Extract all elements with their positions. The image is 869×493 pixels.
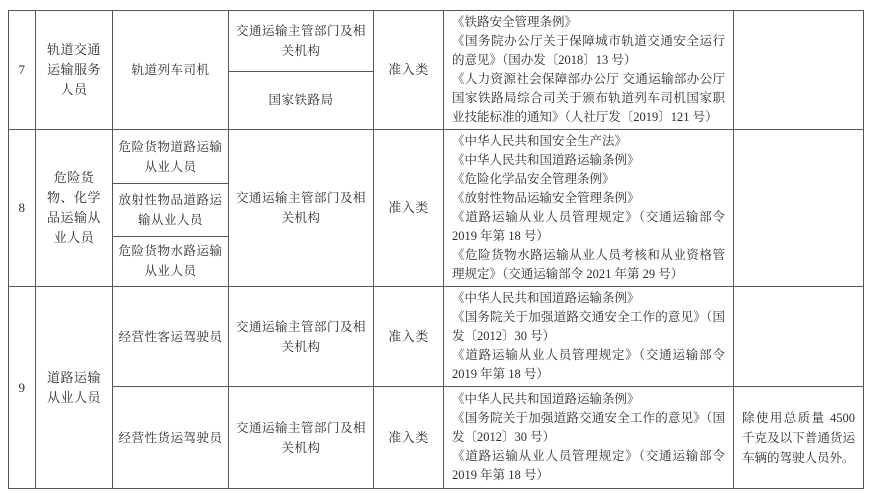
row9-admission-type-freight-cell: 准入类: [374, 387, 444, 489]
legal-basis-entry: 《铁路安全管理条例》: [452, 13, 725, 32]
row8-number-cell: 8: [9, 130, 36, 287]
legal-basis-entry: 《中华人民共和国道路运输条例》: [452, 289, 725, 308]
row9-legal-basis-passenger-cell: 《中华人民共和国道路运输条例》《国务院关于加强道路交通安全工作的意见》（国发〔2…: [444, 287, 734, 387]
row9-authority-passenger-cell: 交通运输主管部门及相关机构: [229, 287, 374, 387]
legal-basis-entry: 《危险货物水路运输从业人员考核和从业资格管理规定》（交通运输部令 2021 年第…: [452, 246, 725, 284]
row8-authority-cell: 交通运输主管部门及相关机构: [229, 130, 374, 287]
row9-occupation-freight-cell: 经营性货运驾驶员: [113, 387, 229, 489]
legal-basis-entry: 《道路运输从业人员管理规定》（交通运输部令 2019 年第 18 号）: [452, 346, 725, 384]
row9-admission-type-passenger-cell: 准入类: [374, 287, 444, 387]
row7-occupation-cell: 轨道列车司机: [113, 11, 229, 130]
row8-note-cell: [734, 130, 864, 287]
legal-basis-entry: 《国务院关于加强道路交通安全工作的意见》（国发〔2012〕30 号）: [452, 308, 725, 346]
row7-number-cell: 7: [9, 11, 36, 130]
row9-number-cell: 9: [9, 287, 36, 489]
legal-basis-entry: 《道路运输从业人员管理规定》（交通运输部令 2019 年第 18 号）: [452, 208, 725, 246]
legal-basis-entry: 《国务院办公厅关于保障城市轨道交通安全运行的意见》（国办发〔2018〕13 号）: [452, 32, 725, 70]
row9-note-freight-cell: 除使用总质量 4500 千克及以下普通货运车辆的驾驶人员外。: [734, 387, 864, 489]
legal-basis-entry: 《人力资源社会保障部办公厅 交通运输部办公厅 国家铁路局综合司关于颁布轨道列车司…: [452, 70, 725, 127]
row9-authority-freight-cell: 交通运输主管部门及相关机构: [229, 387, 374, 489]
row8-admission-type-cell: 准入类: [374, 130, 444, 287]
row7-note-cell: [734, 11, 864, 130]
row7-category-cell: 轨道交通运输服务人员: [36, 11, 113, 130]
qualification-table: 7 轨道交通运输服务人员 轨道列车司机 交通运输主管部门及相关机构 准入类 《铁…: [8, 10, 864, 489]
row8-occupation-waterway-cell: 危险货物水路运输从业人员: [113, 236, 229, 286]
legal-basis-entry: 《中华人民共和国安全生产法》: [452, 132, 725, 151]
legal-basis-entry: 《中华人民共和国道路运输条例》: [452, 390, 725, 409]
legal-basis-entry: 《中华人民共和国道路运输条例》: [452, 151, 725, 170]
row7-admission-type-cell: 准入类: [374, 11, 444, 130]
legal-basis-entry: 《危险化学品安全管理条例》: [452, 170, 725, 189]
row7-authority-primary-cell: 交通运输主管部门及相关机构: [229, 11, 374, 72]
row9-category-cell: 道路运输从业人员: [36, 287, 113, 489]
row8-legal-basis-cell: 《中华人民共和国安全生产法》《中华人民共和国道路运输条例》《危险化学品安全管理条…: [444, 130, 734, 287]
row8-occupation-road-cell: 危险货物道路运输从业人员: [113, 130, 229, 184]
legal-basis-entry: 《国务院关于加强道路交通安全工作的意见》（国发〔2012〕30 号）: [452, 409, 725, 447]
row8-occupation-radioactive-cell: 放射性物品道路运输从业人员: [113, 184, 229, 236]
row9-occupation-passenger-cell: 经营性客运驾驶员: [113, 287, 229, 387]
row7-legal-basis-cell: 《铁路安全管理条例》《国务院办公厅关于保障城市轨道交通安全运行的意见》（国办发〔…: [444, 11, 734, 130]
legal-basis-entry: 《放射性物品运输安全管理条例》: [452, 189, 725, 208]
document-page: 7 轨道交通运输服务人员 轨道列车司机 交通运输主管部门及相关机构 准入类 《铁…: [0, 0, 869, 493]
row8-category-cell: 危险货物、化学品运输从业人员: [36, 130, 113, 287]
row9-note-passenger-cell: [734, 287, 864, 387]
row9-legal-basis-freight-cell: 《中华人民共和国道路运输条例》《国务院关于加强道路交通安全工作的意见》（国发〔2…: [444, 387, 734, 489]
row7-authority-secondary-cell: 国家铁路局: [229, 71, 374, 130]
legal-basis-entry: 《道路运输从业人员管理规定》（交通运输部令 2019 年第 18 号）: [452, 447, 725, 485]
